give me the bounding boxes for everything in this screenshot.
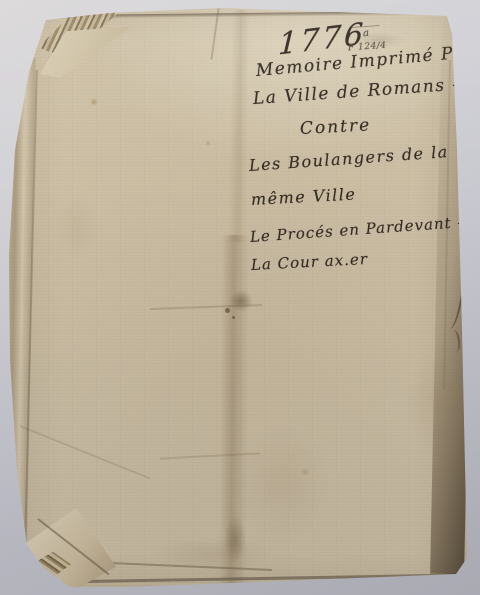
foxing-spot [90, 98, 98, 106]
fold-stain-blotch [229, 290, 253, 312]
foxing-spot [205, 140, 211, 146]
title-line-boulangers: Les Boulangers de la [248, 142, 449, 175]
foxing-spot [232, 316, 235, 319]
diagonal-crease-bottomleft [20, 425, 151, 479]
title-line-ville-de-romans: La Ville de Romans — [252, 74, 471, 109]
photograph-background: 1776 a F 124/4 Memoire Imprimé Pour La V… [0, 0, 480, 595]
center-fold-upper [228, 10, 250, 242]
corner-note-annotation: a [352, 25, 381, 40]
foxing-spot [225, 308, 230, 313]
title-line-meme-ville: même Ville [251, 184, 357, 208]
manuscript-cover-page: 1776 a F 124/4 Memoire Imprimé Pour La V… [0, 0, 480, 595]
soft-stain-right [405, 350, 469, 450]
bottom-deckle-edge [58, 573, 460, 583]
soft-stain-left [55, 195, 99, 261]
title-line-la-cour: La Cour ax.er [251, 250, 369, 274]
soft-stain-bottom [150, 538, 275, 570]
soft-stain-lower-middle [235, 425, 330, 540]
title-line-contre: Contre [299, 115, 371, 139]
